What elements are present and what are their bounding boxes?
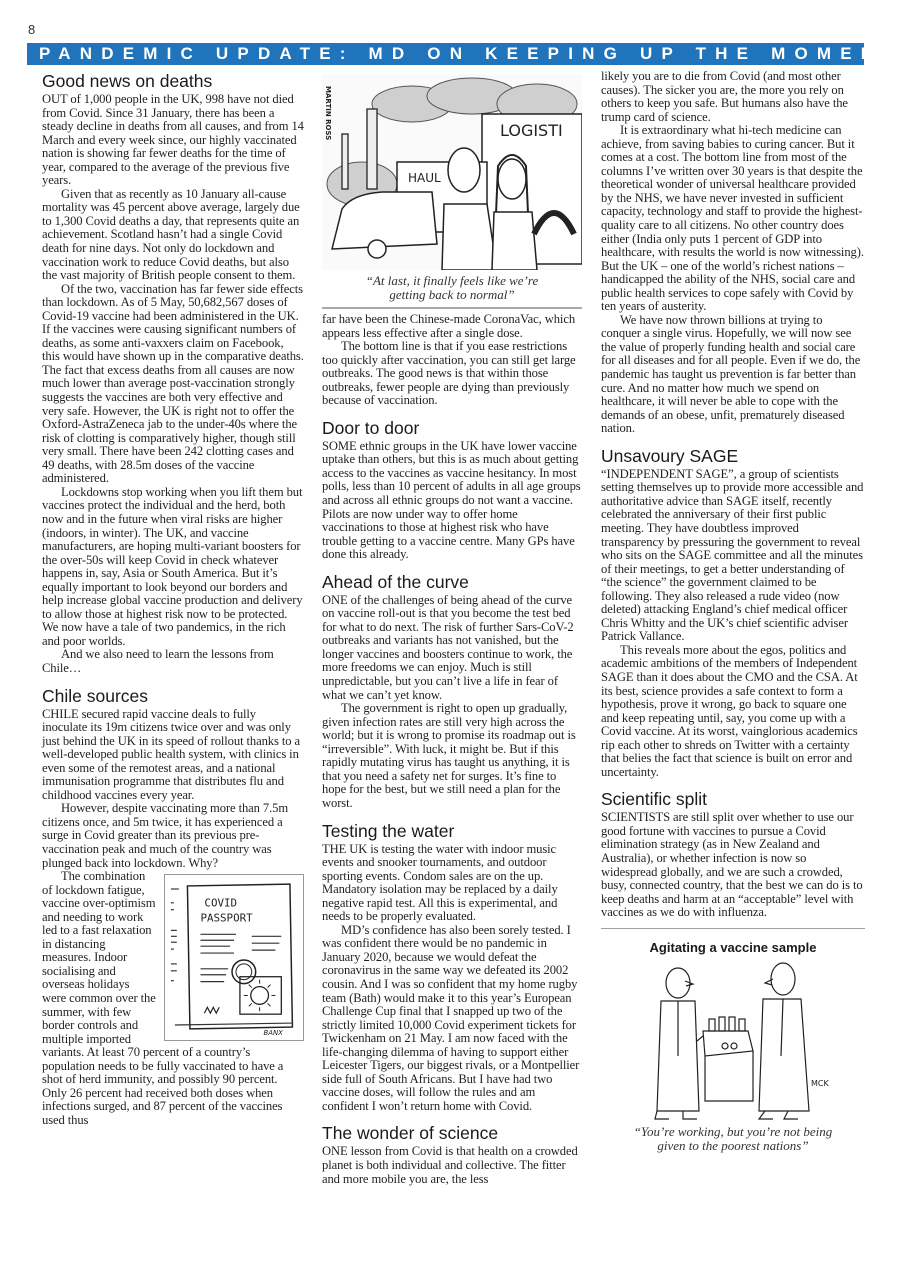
cartoon-caption: “At last, it finally feels like we’re ge… xyxy=(322,274,582,302)
section-heading: Unsavoury SAGE xyxy=(601,445,865,467)
paragraph: ONE of the challenges of being ahead of … xyxy=(322,594,582,702)
pollution-street-illustration-icon: MARTIN ROSS LOGISTI HAUL xyxy=(322,74,582,270)
paragraph: MD’s confidence has also been sorely tes… xyxy=(322,924,582,1114)
left-column: Good news on deaths OUT of 1,000 people … xyxy=(42,70,304,1127)
svg-text:HAUL: HAUL xyxy=(408,171,441,185)
paragraph: likely you are to die from Covid (and mo… xyxy=(601,70,865,124)
paragraph: Of the two, vaccination has far fewer si… xyxy=(42,283,304,486)
section-heading: Door to door xyxy=(322,417,582,439)
paragraph: SOME ethnic groups in the UK have lower … xyxy=(322,440,582,562)
svg-text:COVID: COVID xyxy=(204,897,237,910)
paragraph: We have now thrown billions at trying to… xyxy=(601,314,865,436)
caption-line: given to the poorest nations” xyxy=(601,1139,865,1153)
divider xyxy=(322,307,582,309)
right-column: likely you are to die from Covid (and mo… xyxy=(601,70,865,1153)
svg-text:LOGISTI: LOGISTI xyxy=(500,121,563,140)
paragraph: ONE lesson from Covid is that health on … xyxy=(322,1145,582,1186)
paragraph: far have been the Chinese-made CoronaVac… xyxy=(322,313,582,340)
vaccine-sample-cartoon: MCK xyxy=(633,961,833,1121)
cartoon-caption: “You’re working, but you’re not being gi… xyxy=(601,1125,865,1153)
section-heading: Scientific split xyxy=(601,788,865,810)
paragraph: SCIENTISTS are still split over whether … xyxy=(601,811,865,919)
svg-text:PASSPORT: PASSPORT xyxy=(200,912,253,925)
paragraph: And we also need to learn the lessons fr… xyxy=(42,648,304,675)
paragraph: This reveals more about the egos, politi… xyxy=(601,644,865,779)
section-heading: Chile sources xyxy=(42,685,304,707)
divider xyxy=(601,928,865,929)
section-heading: The wonder of science xyxy=(322,1122,582,1144)
paragraph: It is extraordinary what hi-tech medicin… xyxy=(601,124,865,314)
covid-passport-illustration-icon: COVID PASSPORT xyxy=(165,875,303,1040)
back-to-normal-cartoon: MARTIN ROSS LOGISTI HAUL xyxy=(322,74,582,270)
page-number: 8 xyxy=(28,22,35,37)
scientists-illustration-icon: MCK xyxy=(633,961,833,1121)
section-heading: Good news on deaths xyxy=(42,70,304,92)
cartoon-title: Agitating a vaccine sample xyxy=(601,940,865,955)
paragraph: The bottom line is that if you ease rest… xyxy=(322,340,582,408)
section-heading: Ahead of the curve xyxy=(322,571,582,593)
svg-text:MARTIN ROSS: MARTIN ROSS xyxy=(324,86,332,140)
wrapped-text-with-cartoon: COVID PASSPORT xyxy=(42,870,304,1127)
caption-line: “At last, it finally feels like we’re xyxy=(322,274,582,288)
paragraph: THE UK is testing the water with indoor … xyxy=(322,843,582,924)
page-banner-title: PANDEMIC UPDATE: MD ON KEEPING UP THE MO… xyxy=(27,43,864,65)
paragraph: However, despite vaccinating more than 7… xyxy=(42,802,304,870)
middle-column: MARTIN ROSS LOGISTI HAUL “At last, it fi… xyxy=(322,70,582,1186)
caption-line: “You’re working, but you’re not being xyxy=(601,1125,865,1139)
section-heading: Testing the water xyxy=(322,820,582,842)
covid-passport-cartoon: COVID PASSPORT xyxy=(164,874,304,1041)
svg-text:BANX: BANX xyxy=(264,1029,284,1037)
paragraph: OUT of 1,000 people in the UK, 998 have … xyxy=(42,93,304,188)
paragraph: Lockdowns stop working when you lift the… xyxy=(42,486,304,649)
svg-text:MCK: MCK xyxy=(811,1079,829,1088)
caption-line: getting back to normal” xyxy=(322,288,582,302)
paragraph: “INDEPENDENT SAGE”, a group of scientist… xyxy=(601,468,865,644)
paragraph: CHILE secured rapid vaccine deals to ful… xyxy=(42,708,304,803)
paragraph: Given that as recently as 10 January all… xyxy=(42,188,304,283)
paragraph: The government is right to open up gradu… xyxy=(322,702,582,810)
